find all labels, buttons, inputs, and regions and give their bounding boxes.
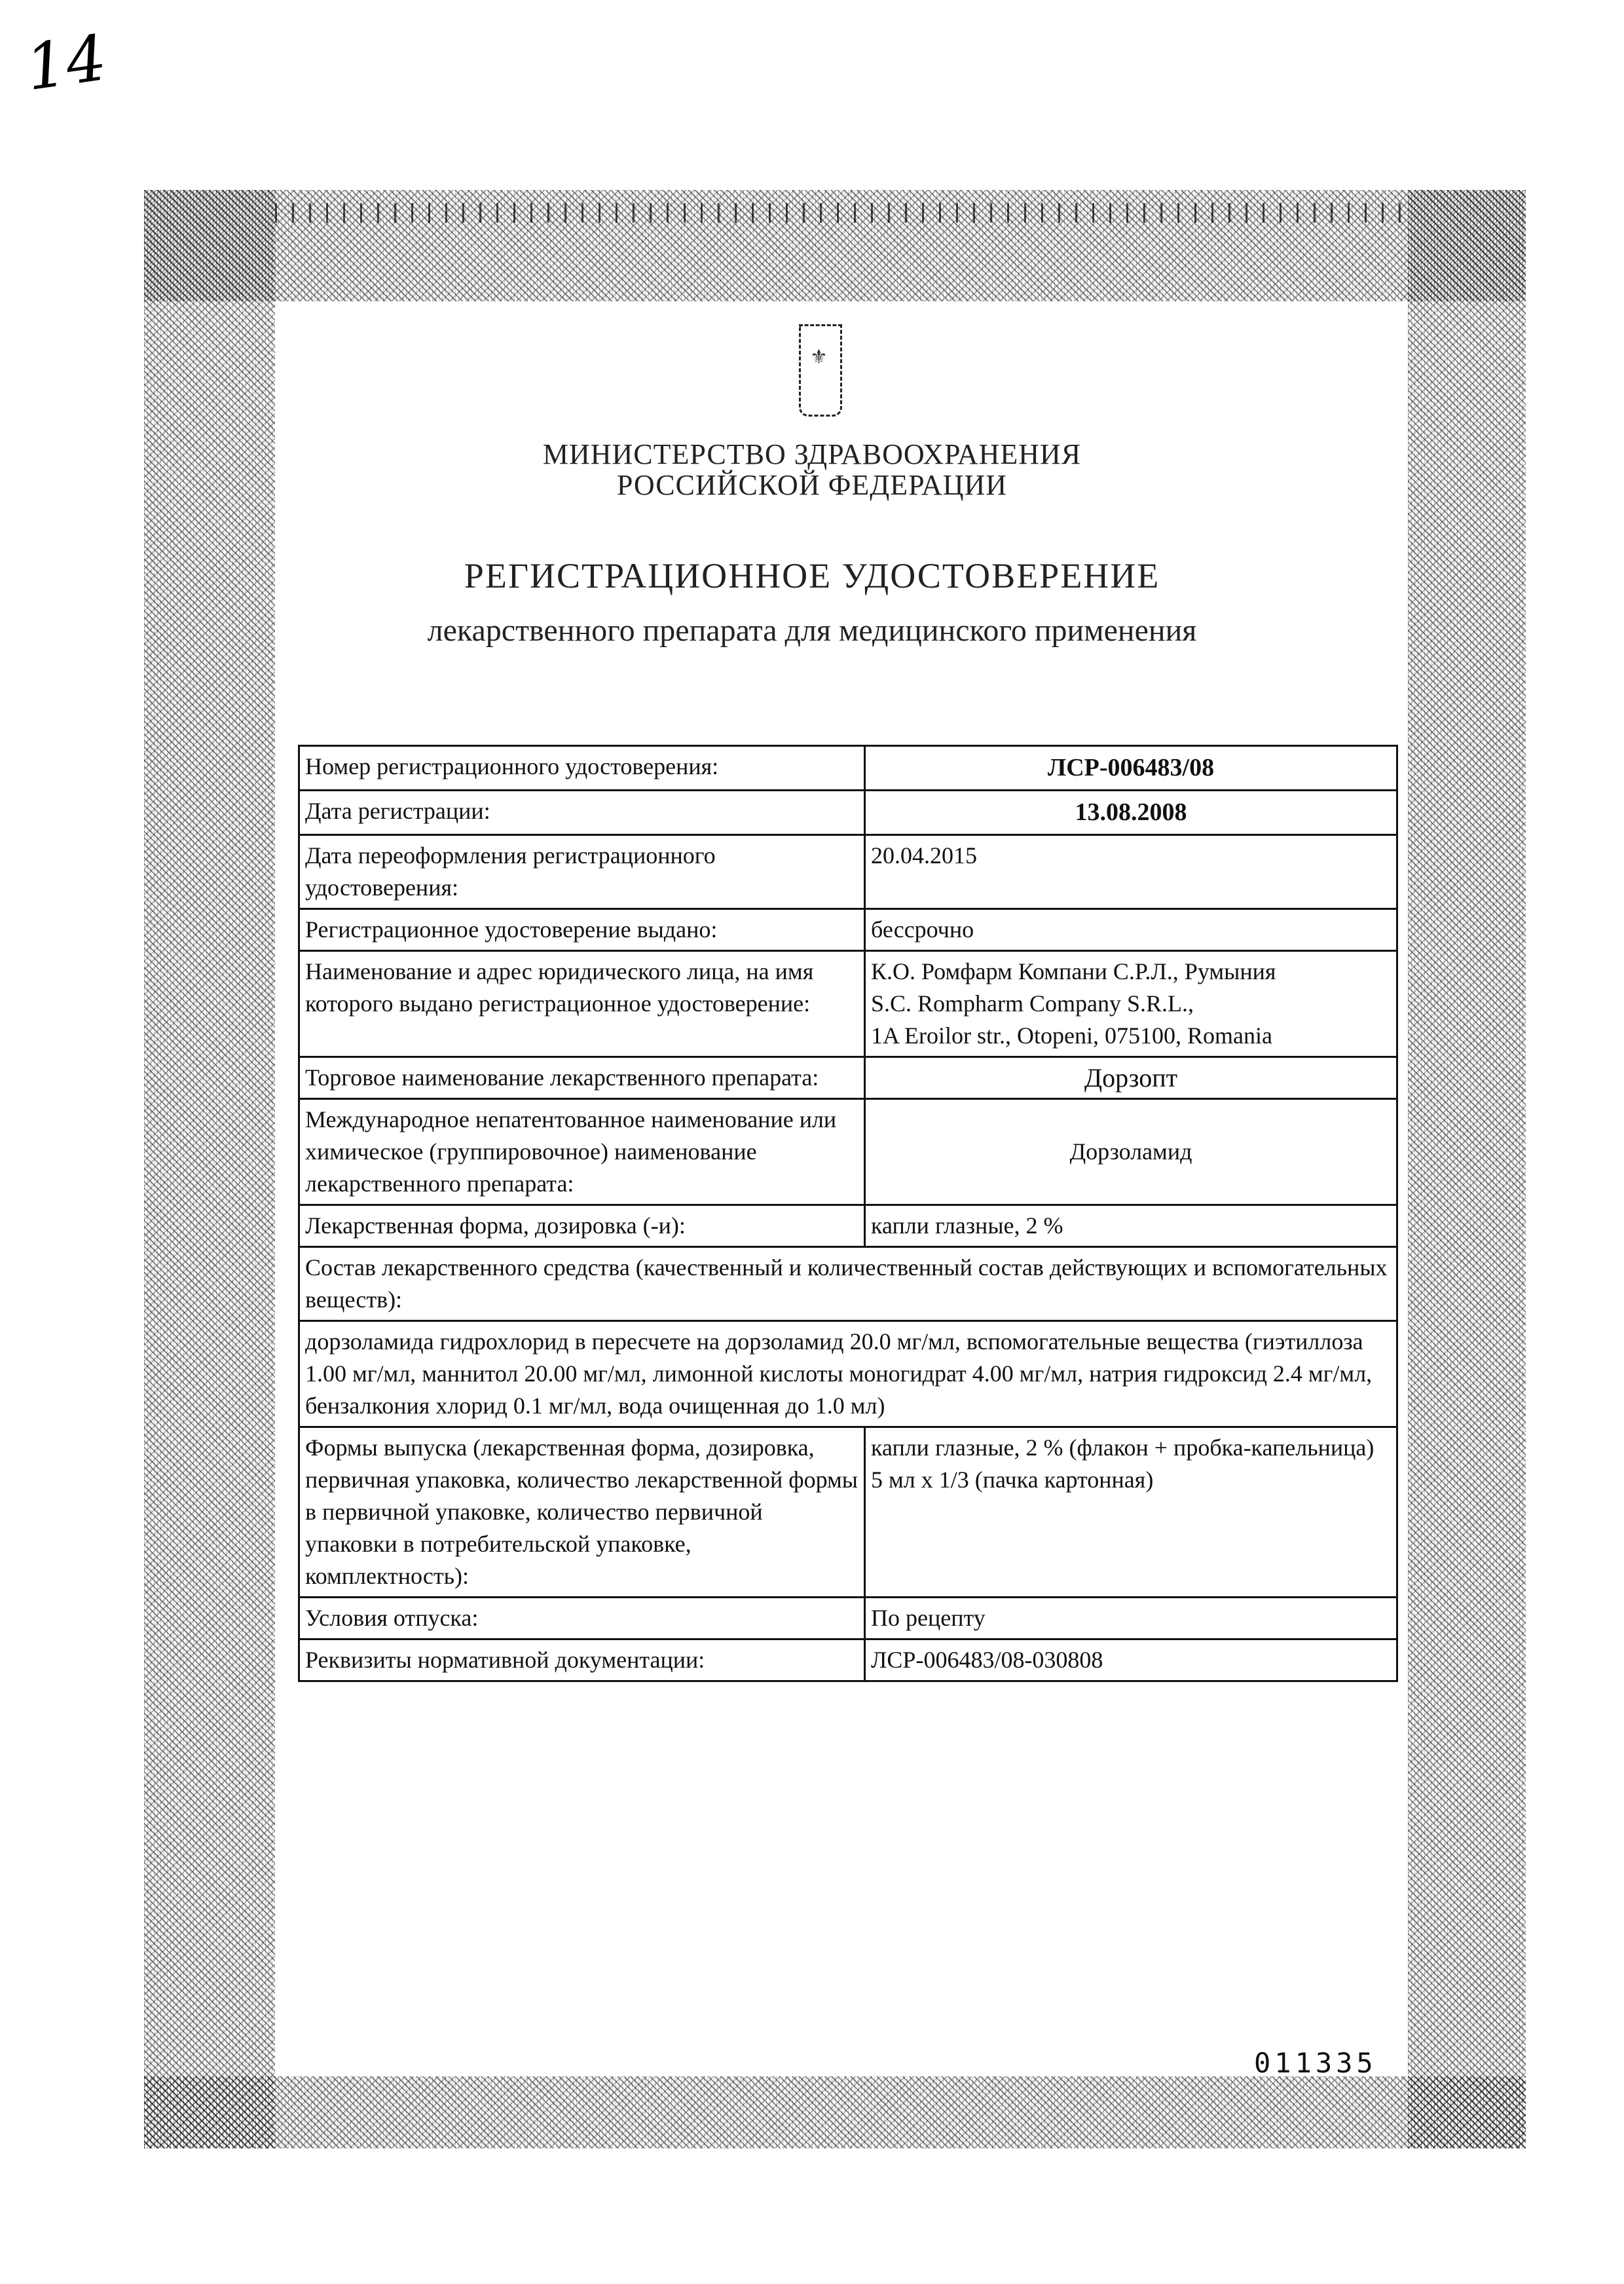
table-row: Формы выпуска (лекарственная форма, дози… bbox=[299, 1427, 1397, 1598]
document-subtitle: лекарственного препарата для медицинског… bbox=[0, 612, 1624, 648]
ministry-name-line1: МИНИСТЕРСТВО ЗДРАВООХРАНЕНИЯ bbox=[0, 438, 1624, 471]
table-row: Условия отпуска: По рецепту bbox=[299, 1598, 1397, 1639]
certificate-table: Номер регистрационного удостоверения: ЛС… bbox=[298, 745, 1398, 1682]
table-row: Торговое наименование лекарственного пре… bbox=[299, 1057, 1397, 1099]
normative-doc-ref: ЛСР-006483/08-030808 bbox=[865, 1639, 1397, 1681]
row-label: Международное непатентованное наименован… bbox=[299, 1099, 865, 1205]
row-label: Регистрационное удостоверение выдано: bbox=[299, 909, 865, 951]
table-row: дорзоламида гидрохлорид в пересчете на д… bbox=[299, 1321, 1397, 1427]
release-forms: капли глазные, 2 % (флакон + пробка-капе… bbox=[865, 1427, 1397, 1598]
row-label: Реквизиты нормативной документации: bbox=[299, 1639, 865, 1681]
table-row: Состав лекарственного средства (качестве… bbox=[299, 1247, 1397, 1321]
row-label: Наименование и адрес юридического лица, … bbox=[299, 951, 865, 1057]
document-title: РЕГИСТРАЦИОННОЕ УДОСТОВЕРЕНИЕ bbox=[0, 555, 1624, 596]
serial-number: 011335 bbox=[1254, 2047, 1377, 2079]
row-label: Лекарственная форма, дозировка (-и): bbox=[299, 1205, 865, 1247]
reissue-date: 20.04.2015 bbox=[865, 835, 1397, 909]
row-label: Дата переоформления регистрационного удо… bbox=[299, 835, 865, 909]
registration-number: ЛСР-006483/08 bbox=[865, 746, 1397, 791]
trade-name: Дорзопт bbox=[865, 1057, 1397, 1099]
table-row: Регистрационное удостоверение выдано: бе… bbox=[299, 909, 1397, 951]
ministry-name-line2: РОССИЙСКОЙ ФЕДЕРАЦИИ bbox=[0, 468, 1624, 502]
composition-heading: Состав лекарственного средства (качестве… bbox=[299, 1247, 1397, 1321]
row-label: Формы выпуска (лекарственная форма, дози… bbox=[299, 1427, 865, 1598]
table-row: Дата регистрации: 13.08.2008 bbox=[299, 791, 1397, 835]
table-row: Реквизиты нормативной документации: ЛСР-… bbox=[299, 1639, 1397, 1681]
coat-of-arms-icon: ⚜ bbox=[799, 324, 842, 417]
registration-date: 13.08.2008 bbox=[865, 791, 1397, 835]
composition-details: дорзоламида гидрохлорид в пересчете на д… bbox=[299, 1321, 1397, 1427]
table-row: Лекарственная форма, дозировка (-и): кап… bbox=[299, 1205, 1397, 1247]
table-row: Международное непатентованное наименован… bbox=[299, 1099, 1397, 1205]
table-row: Номер регистрационного удостоверения: ЛС… bbox=[299, 746, 1397, 791]
holder-line: S.C. Rompharm Company S.R.L., bbox=[871, 988, 1391, 1020]
handwritten-page-number: 14 bbox=[22, 21, 111, 105]
row-label: Условия отпуска: bbox=[299, 1598, 865, 1639]
holder-line: 1A Eroilor str., Otopeni, 075100, Romani… bbox=[871, 1020, 1391, 1052]
row-label: Номер регистрационного удостоверения: bbox=[299, 746, 865, 791]
frame-tick-pattern bbox=[275, 203, 1408, 223]
table-row: Наименование и адрес юридического лица, … bbox=[299, 951, 1397, 1057]
table-row: Дата переоформления регистрационного удо… bbox=[299, 835, 1397, 909]
inn-name: Дорзоламид bbox=[865, 1099, 1397, 1205]
frame-bottom-border bbox=[144, 2076, 1526, 2148]
dispensing-conditions: По рецепту bbox=[865, 1598, 1397, 1639]
row-label: Торговое наименование лекарственного пре… bbox=[299, 1057, 865, 1099]
row-label: Дата регистрации: bbox=[299, 791, 865, 835]
validity: бессрочно bbox=[865, 909, 1397, 951]
holder-line: К.О. Ромфарм Компани С.Р.Л., Румыния bbox=[871, 956, 1391, 988]
holder-name-address: К.О. Ромфарм Компани С.Р.Л., Румыния S.C… bbox=[865, 951, 1397, 1057]
dosage-form: капли глазные, 2 % bbox=[865, 1205, 1397, 1247]
